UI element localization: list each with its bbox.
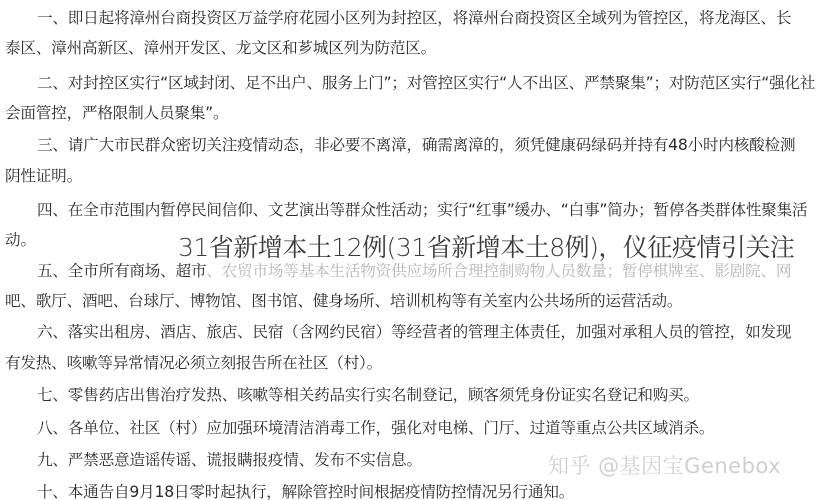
- overlay-headline: 31省新增本土12例(31省新增本土8例)，仪征疫情引关注: [178, 232, 794, 264]
- paragraph-5-line-2: 吧、歌厅、酒吧、台球厅、博物馆、图书馆、健身场所、培训机构等有关室内公共场所的运…: [5, 291, 682, 311]
- paragraph-1-line-2: 泰区、漳州高新区、漳州开发区、龙文区和芗城区列为防范区。: [5, 38, 436, 58]
- notice-document: 一、即日起将漳州台商投资区万益学府花园小区列为封控区，将漳州台商投资区全域列为管…: [0, 0, 816, 500]
- paragraph-8-line-1: 八、各单位、社区（村）应加强环境清洁消毒工作，强化对电梯、门厅、过道等重点公共区…: [37, 418, 714, 438]
- paragraph-6-line-1: 六、落实出租房、酒店、旅店、民宿（含网约民宿）等经营者的管理主体责任，加强对承租…: [37, 322, 791, 342]
- paragraph-1-line-1: 一、即日起将漳州台商投资区万益学府花园小区列为封控区，将漳州台商投资区全域列为管…: [37, 8, 791, 28]
- paragraph-5-line-1: 五、全市所有商场、超市、农贸市场等基本生活物资供应场所合理控制购物人员数量；暂停…: [37, 261, 791, 281]
- paragraph-6-line-2: 有发热、咳嗽等异常情况必须立刻报告所在社区（村）。: [5, 353, 382, 373]
- paragraph-2-line-1: 二、对封控区实行“区域封闭、足不出户、服务上门”；对管控区实行“人不出区、严禁聚…: [37, 73, 815, 93]
- paragraph-4-line-1: 四、在全市范围内暂停民间信仰、文艺演出等群众性活动；实行“红事”缓办、“白事”简…: [37, 200, 807, 220]
- paragraph-9-line-1: 九、严禁恶意造谣传谣、谎报瞒报疫情、发布不实信息。: [37, 450, 422, 470]
- zhihu-watermark: 知乎 @基因宝Genebox: [548, 452, 781, 480]
- paragraph-3-line-2: 阴性证明。: [5, 166, 82, 186]
- paragraph-3-line-1: 三、请广大市民群众密切关注疫情动态，非必要不离漳，确需离漳的，须凭健康码绿码并持…: [37, 135, 795, 155]
- paragraph-7-line-1: 七、零售药店出售治疗发热、咳嗽等相关药品实行实名制登记，顾客须凭身份证实名登记和…: [37, 385, 699, 405]
- paragraph-5-faded-text: 、农贸市场等基本生活物资供应场所合理控制购物人员数量；暂停棋牌室、影剧院、网: [206, 262, 791, 280]
- paragraph-2-line-2: 会面管控，严格限制人员聚集”。: [5, 103, 228, 123]
- paragraph-10-line-1: 十、本通告自9月18日零时起执行，解除管控时间根据疫情防控情况另行通知。: [37, 482, 574, 500]
- paragraph-4-line-2: 动。: [5, 230, 36, 250]
- paragraph-5-line-1-text: 五、全市所有商场、超市: [37, 262, 206, 280]
